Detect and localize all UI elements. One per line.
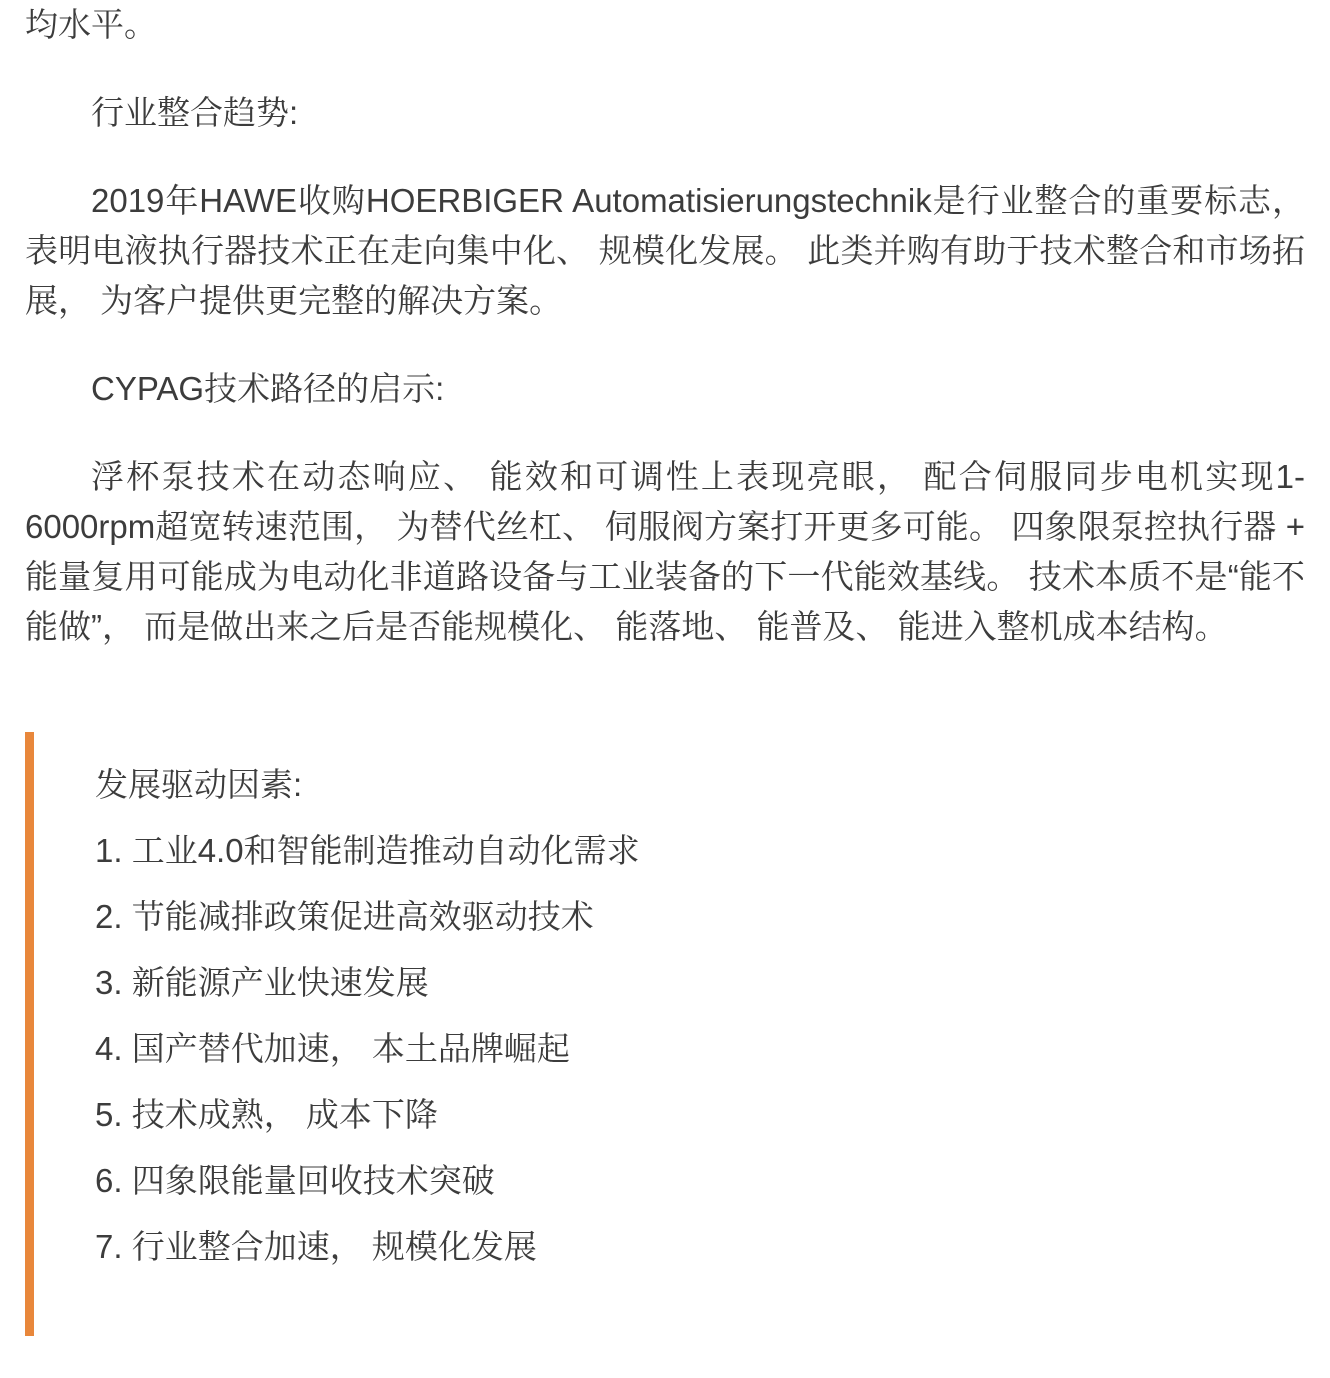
paragraph-continuation: 均水平。 <box>25 0 1305 50</box>
document-page: 均水平。 行业整合趋势: 2019年HAWE收购HOERBIGER Automa… <box>0 0 1330 1336</box>
paragraph-industry-consolidation-heading: 行业整合趋势: <box>25 88 1305 138</box>
list-item-3: 3. 新能源产业快速发展 <box>95 958 1275 1008</box>
paragraph-floating-cup-pump: 浮杯泵技术在动态响应、 能效和可调性上表现亮眼， 配合伺服同步电机实现1-600… <box>25 452 1305 652</box>
list-item-6: 6. 四象限能量回收技术突破 <box>95 1156 1275 1206</box>
list-item-1: 1. 工业4.0和智能制造推动自动化需求 <box>95 826 1275 876</box>
list-item-7: 7. 行业整合加速， 规模化发展 <box>95 1222 1275 1272</box>
paragraph-cypag-heading: CYPAG技术路径的启示: <box>25 364 1305 414</box>
paragraph-hawe-acquisition: 2019年HAWE收购HOERBIGER Automatisierungstec… <box>25 176 1305 326</box>
list-item-5: 5. 技术成熟， 成本下降 <box>95 1090 1275 1140</box>
list-item-4: 4. 国产替代加速， 本土品牌崛起 <box>95 1024 1275 1074</box>
list-item-2: 2. 节能减排政策促进高效驱动技术 <box>95 892 1275 942</box>
quote-heading: 发展驱动因素: <box>95 760 1275 810</box>
callout-quote-block: 发展驱动因素: 1. 工业4.0和智能制造推动自动化需求 2. 节能减排政策促进… <box>25 732 1305 1336</box>
